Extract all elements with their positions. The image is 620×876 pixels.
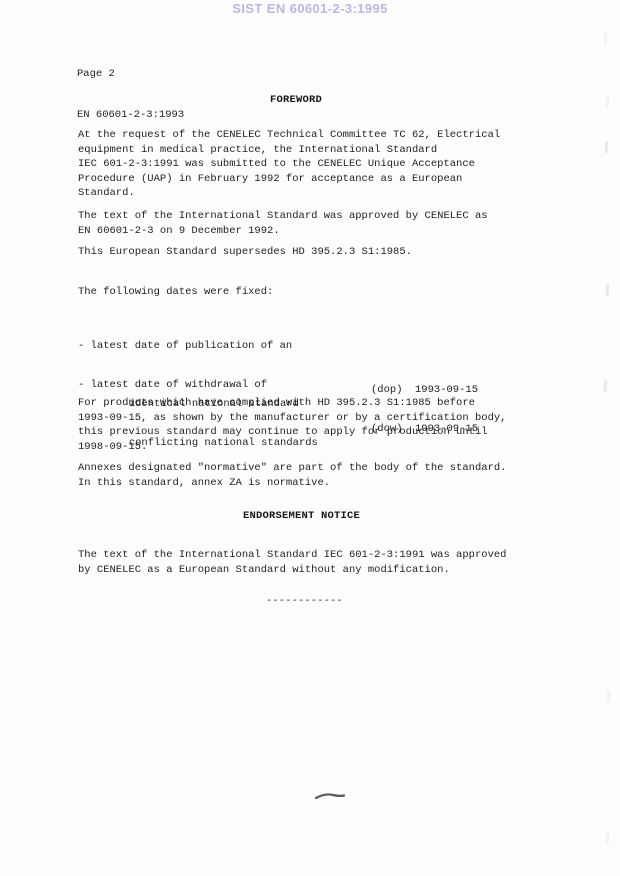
scanned-document-page: SIST EN 60601-2-3:1995 Page 2 EN 60601-2… <box>0 0 620 876</box>
paragraph-cenelec-approval: The text of the International Standard w… <box>78 209 488 238</box>
scan-edge-artifact <box>606 832 610 844</box>
scan-edge-artifact <box>604 380 608 392</box>
paragraph-transition-period: For products which have complied with HD… <box>78 396 506 454</box>
watermark-text: SIST EN 60601-2-3:1995 <box>0 1 620 16</box>
standard-reference: EN 60601-2-3:1993 <box>77 109 184 123</box>
page-number: Page 2 <box>77 68 184 82</box>
scan-edge-artifact <box>606 95 610 107</box>
paragraph-annexes: Annexes designated "normative" are part … <box>78 461 506 490</box>
dates-intro: The following dates were fixed: <box>78 285 273 300</box>
date-item-line1: - latest date of withdrawal of <box>78 378 318 393</box>
scan-edge-artifact <box>606 284 610 296</box>
scan-edge-artifact <box>605 141 609 153</box>
foreword-heading: FOREWORD <box>270 93 322 108</box>
separator-dashes: ------------ <box>266 594 343 609</box>
endorsement-heading: ENDORSEMENT NOTICE <box>243 509 360 524</box>
paragraph-cenelec-request: At the request of the CENELEC Technical … <box>78 128 500 201</box>
scan-edge-artifact <box>607 690 611 702</box>
dop-date: 1993-09-15 <box>415 383 478 398</box>
paragraph-endorsement: The text of the International Standard I… <box>78 548 506 577</box>
scan-edge-artifact <box>604 33 608 45</box>
paragraph-supersedes: This European Standard supersedes HD 395… <box>78 245 412 260</box>
dop-code: (dop) <box>371 383 403 398</box>
ink-smudge-mark <box>315 790 345 802</box>
